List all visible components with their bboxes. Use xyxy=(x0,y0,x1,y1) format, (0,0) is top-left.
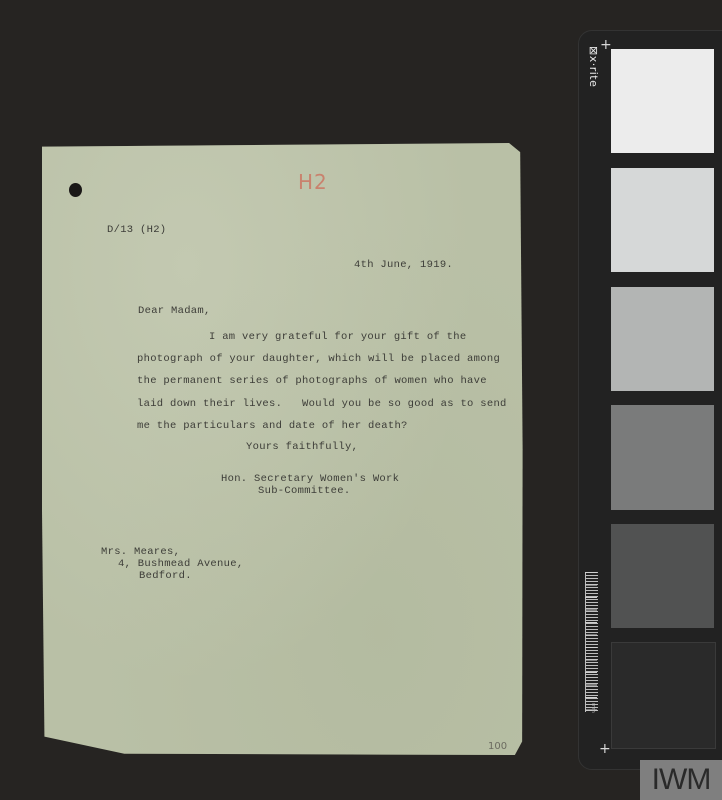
body-line: photograph of your daughter, which will … xyxy=(137,353,500,365)
body-line: I am very grateful for your gift of the xyxy=(209,331,466,343)
gray-swatch-5 xyxy=(611,524,714,628)
gray-swatch-4 xyxy=(611,405,714,510)
ruler-unit-label: mm xyxy=(590,703,596,713)
crosshair-bottom-icon: + xyxy=(599,742,611,756)
body-line: me the particulars and date of her death… xyxy=(137,420,408,432)
gray-swatch-1 xyxy=(611,49,714,153)
mm-ruler-major-ticks xyxy=(585,572,597,712)
address-line: Bedford. xyxy=(139,570,192,582)
address-line: 4, Bushmead Avenue, xyxy=(118,558,243,570)
xrite-logo: ⊠x·rite xyxy=(584,46,600,87)
closing: Yours faithfully, xyxy=(246,441,358,453)
gray-swatch-3 xyxy=(611,287,714,391)
crosshair-top-icon: + xyxy=(600,38,612,52)
salutation: Dear Madam, xyxy=(138,305,211,317)
gray-swatch-6 xyxy=(611,642,716,749)
signature-line: Sub-Committee. xyxy=(258,485,350,497)
iwm-watermark: IWM xyxy=(640,760,722,800)
body-line: laid down their lives. Would you be so g… xyxy=(137,398,507,410)
reference-number: D/13 (H2) xyxy=(107,224,166,236)
handwritten-annotation: H2 xyxy=(298,170,328,194)
gray-swatch-2 xyxy=(611,168,714,272)
body-line: the permanent series of photographs of w… xyxy=(137,375,487,387)
punch-hole xyxy=(69,183,82,197)
address-line: Mrs. Meares, xyxy=(101,546,180,558)
letter-date: 4th June, 1919. xyxy=(354,259,453,271)
xrite-mark-icon: ⊠ xyxy=(587,46,600,56)
signature-line: Hon. Secretary Women's Work xyxy=(221,473,399,485)
page-number: 100 xyxy=(488,741,507,752)
